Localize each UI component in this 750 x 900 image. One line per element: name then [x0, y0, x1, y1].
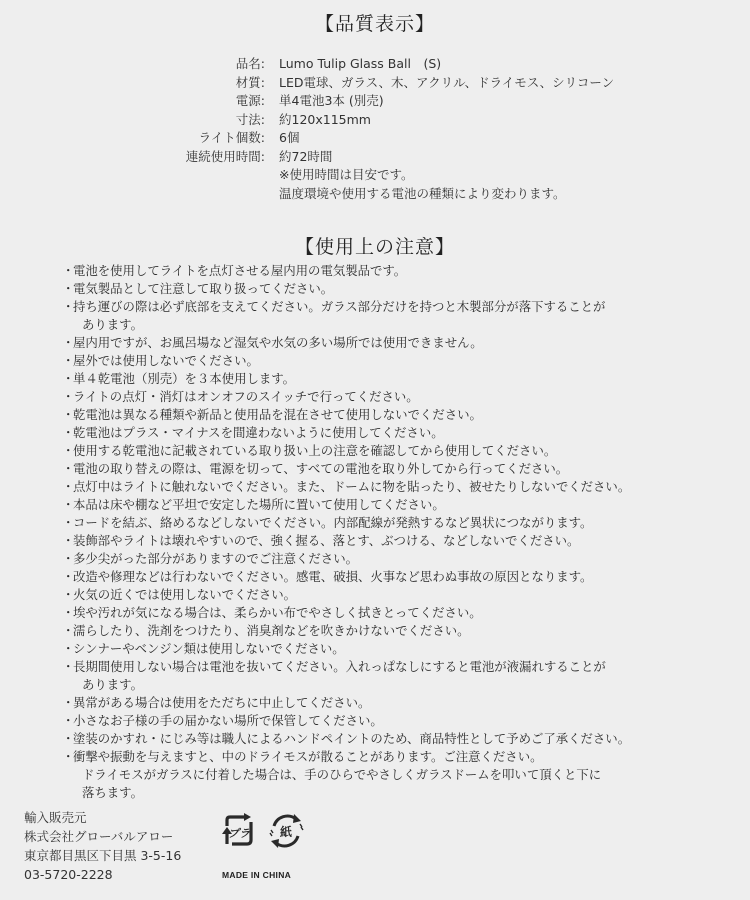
caution-text: 異常がある場合は使用をただちに中止してください。: [73, 695, 370, 710]
spec-row-light-count: ライト個数: 6個: [0, 129, 750, 148]
bullet-marker: ・: [62, 496, 73, 514]
caution-item: ・埃や汚れが気になる場合は、柔らかい布でやさしく拭きとってください。: [62, 604, 750, 622]
caution-text: シンナーやベンジン類は使用しないでください。: [73, 641, 345, 656]
caution-item: ・乾電池は異なる種類や新品と使用品を混在させて使用しないでください。: [62, 406, 750, 424]
caution-item: ・本品は床や棚など平坦で安定した場所に置いて使用してください。: [62, 496, 750, 514]
country-of-origin: MADE IN CHINA: [222, 870, 291, 880]
caution-item: ・濡らしたり、洗剤をつけたり、消臭剤などを吹きかけないでください。: [62, 622, 750, 640]
spec-row-name: 品名: Lumo Tulip Glass Ball (S): [0, 55, 750, 74]
spec-row-power: 電源: 単4電池3本 (別売): [0, 92, 750, 111]
caution-item: ・長期間使用しない場合は電池を抜いてください。入れっぱなしにすると電池が液漏れす…: [62, 658, 750, 694]
caution-item: ・シンナーやベンジン類は使用しないでください。: [62, 640, 750, 658]
importer-phone: 03-5720-2228: [24, 865, 181, 884]
spec-row-note-1: ※使用時間は目安です。: [0, 166, 750, 185]
spec-label: 寸法:: [0, 111, 265, 130]
bullet-marker: ・: [62, 262, 73, 280]
caution-title: 【使用上の注意】: [0, 232, 750, 259]
bullet-marker: ・: [62, 640, 73, 658]
caution-text: 濡らしたり、洗剤をつけたり、消臭剤などを吹きかけないでください。: [73, 623, 470, 638]
caution-text: 長期間使用しない場合は電池を抜いてください。入れっぱなしにすると電池が液漏れする…: [73, 659, 606, 674]
caution-list: ・電池を使用してライトを点灯させる屋内用の電気製品です。・電気製品として注意して…: [62, 262, 750, 802]
caution-text: 持ち運びの際は必ず底部を支えてください。ガラス部分だけを持つと木製部分が落下する…: [73, 299, 605, 314]
caution-text: 乾電池は異なる種類や新品と使用品を混在させて使用しないでください。: [73, 407, 482, 422]
spec-value: 6個: [265, 129, 299, 148]
caution-item: ・小さなお子様の手の届かない場所で保管してください。: [62, 712, 750, 730]
quality-title: 【品質表示】: [0, 9, 750, 36]
caution-item: ・火気の近くでは使用しないでください。: [62, 586, 750, 604]
caution-item: ・改造や修理などは行わないでください。感電、破損、火事など思わぬ事故の原因となり…: [62, 568, 750, 586]
caution-item: ・異常がある場合は使用をただちに中止してください。: [62, 694, 750, 712]
caution-text: 電気製品として注意して取り扱ってください。: [73, 281, 333, 296]
bullet-marker: ・: [62, 694, 73, 712]
caution-text: 電池を使用してライトを点灯させる屋内用の電気製品です。: [73, 263, 406, 278]
caution-text: 衝撃や振動を与えますと、中のドライモスが散ることがあります。ご注意ください。: [73, 749, 542, 764]
spec-row-runtime: 連続使用時間: 約72時間: [0, 148, 750, 167]
bullet-marker: ・: [62, 370, 73, 388]
caution-item: ・電気製品として注意して取り扱ってください。: [62, 280, 750, 298]
bullet-marker: ・: [62, 604, 73, 622]
caution-item: ・コードを結ぶ、絡めるなどしないでください。内部配線が発熱するなど異状につながり…: [62, 514, 750, 532]
spec-label: 連続使用時間:: [0, 148, 265, 167]
caution-text-continued: ドライモスがガラスに付着した場合は、手のひらでやさしくガラスドームを叩いて頂くと…: [62, 766, 750, 784]
spec-label: 材質:: [0, 74, 265, 93]
spec-value: 約72時間: [265, 148, 332, 167]
bullet-marker: ・: [62, 658, 73, 676]
caution-item: ・使用する乾電池に記載されている取り扱い上の注意を確認してから使用してください。: [62, 442, 750, 460]
spec-value: LED電球、ガラス、木、アクリル、ドライモス、シリコーン: [265, 74, 614, 93]
caution-item: ・ライトの点灯・消灯はオンオフのスイッチで行ってください。: [62, 388, 750, 406]
bullet-marker: ・: [62, 388, 73, 406]
caution-item: ・装飾部やライトは壊れやすいので、強く握る、落とす、ぶつける、などしないでくださ…: [62, 532, 750, 550]
caution-text: 本品は床や棚など平坦で安定した場所に置いて使用してください。: [73, 497, 445, 512]
caution-text-continued: 落ちます。: [62, 784, 750, 802]
caution-text: 乾電池はプラス・マイナスを間違わないように使用してください。: [73, 425, 444, 440]
caution-text-continued: あります。: [62, 676, 750, 694]
caution-text: 埃や汚れが気になる場合は、柔らかい布でやさしく拭きとってください。: [73, 605, 482, 620]
bullet-marker: ・: [62, 712, 73, 730]
spec-label: 電源:: [0, 92, 265, 111]
spec-note: ※使用時間は目安です。: [265, 166, 413, 185]
bullet-marker: ・: [62, 352, 73, 370]
bullet-marker: ・: [62, 334, 73, 352]
spec-label: ライト個数:: [0, 129, 265, 148]
caution-item: ・単４乾電池（別売）を３本使用します。: [62, 370, 750, 388]
caution-text: ライトの点灯・消灯はオンオフのスイッチで行ってください。: [73, 389, 419, 404]
spec-table: 品名: Lumo Tulip Glass Ball (S) 材質: LED電球、…: [0, 55, 750, 203]
importer-company: 株式会社グローバルアロー: [24, 827, 181, 846]
spec-row-note-2: 温度環境や使用する電池の種類により変わります。: [0, 185, 750, 204]
spec-row-material: 材質: LED電球、ガラス、木、アクリル、ドライモス、シリコーン: [0, 74, 750, 93]
caution-text: 多少尖がった部分がありますのでご注意ください。: [73, 551, 358, 566]
spec-value: 単4電池3本 (別売): [265, 92, 384, 111]
spec-label: [0, 166, 265, 185]
importer-address: 東京都目黒区下目黒 3-5-16: [24, 846, 181, 865]
bullet-marker: ・: [62, 550, 73, 568]
bullet-marker: ・: [62, 478, 73, 496]
caution-text: 屋外では使用しないでください。: [73, 353, 259, 368]
caution-item: ・屋内用ですが、お風呂場など湿気や水気の多い場所では使用できません。: [62, 334, 750, 352]
caution-item: ・屋外では使用しないでください。: [62, 352, 750, 370]
bullet-marker: ・: [62, 568, 73, 586]
spec-label: 品名:: [0, 55, 265, 74]
bullet-marker: ・: [62, 442, 73, 460]
plastic-recycle-icon: プラ: [218, 812, 258, 850]
bullet-marker: ・: [62, 586, 73, 604]
caution-item: ・塗装のかすれ・にじみ等は職人によるハンドペイントのため、商品特性として予めご了…: [62, 730, 750, 748]
caution-text: 電池の取り替えの際は、電源を切って、すべての電池を取り外してから行ってください。: [73, 461, 568, 476]
spec-label: [0, 185, 265, 204]
paper-recycle-icon: 紙: [266, 812, 306, 850]
caution-text: 装飾部やライトは壊れやすいので、強く握る、落とす、ぶつける、などしないでください…: [73, 533, 579, 548]
importer-role: 輸入販売元: [24, 808, 181, 827]
bullet-marker: ・: [62, 424, 73, 442]
caution-item: ・持ち運びの際は必ず底部を支えてください。ガラス部分だけを持つと木製部分が落下す…: [62, 298, 750, 334]
bullet-marker: ・: [62, 460, 73, 478]
caution-item: ・衝撃や振動を与えますと、中のドライモスが散ることがあります。ご注意ください。ド…: [62, 748, 750, 802]
bullet-marker: ・: [62, 622, 73, 640]
bullet-marker: ・: [62, 514, 73, 532]
caution-text: 単４乾電池（別売）を３本使用します。: [73, 371, 295, 386]
caution-item: ・電池を使用してライトを点灯させる屋内用の電気製品です。: [62, 262, 750, 280]
caution-item: ・点灯中はライトに触れないでください。また、ドームに物を貼ったり、被せたりしない…: [62, 478, 750, 496]
caution-text: 使用する乾電池に記載されている取り扱い上の注意を確認してから使用してください。: [73, 443, 556, 458]
importer-info: 輸入販売元 株式会社グローバルアロー 東京都目黒区下目黒 3-5-16 03-5…: [24, 808, 181, 884]
bullet-marker: ・: [62, 532, 73, 550]
caution-text: 塗装のかすれ・にじみ等は職人によるハンドペイントのため、商品特性として予めご了承…: [73, 731, 630, 746]
bullet-marker: ・: [62, 730, 73, 748]
spec-row-size: 寸法: 約120x115mm: [0, 111, 750, 130]
caution-item: ・多少尖がった部分がありますのでご注意ください。: [62, 550, 750, 568]
spec-value: 約120x115mm: [265, 111, 371, 130]
bullet-marker: ・: [62, 406, 73, 424]
spec-value: Lumo Tulip Glass Ball (S): [265, 55, 441, 74]
svg-text:紙: 紙: [279, 824, 292, 839]
caution-text: コードを結ぶ、絡めるなどしないでください。内部配線が発熱するなど異状につながりま…: [73, 515, 592, 530]
caution-text-continued: あります。: [62, 316, 750, 334]
caution-text: 火気の近くでは使用しないでください。: [73, 587, 296, 602]
recycle-marks: プラ 紙: [218, 812, 306, 850]
caution-item: ・電池の取り替えの際は、電源を切って、すべての電池を取り外してから行ってください…: [62, 460, 750, 478]
caution-text: 屋内用ですが、お風呂場など湿気や水気の多い場所では使用できません。: [73, 335, 483, 350]
bullet-marker: ・: [62, 280, 73, 298]
caution-item: ・乾電池はプラス・マイナスを間違わないように使用してください。: [62, 424, 750, 442]
caution-text: 小さなお子様の手の届かない場所で保管してください。: [73, 713, 383, 728]
bullet-marker: ・: [62, 748, 73, 766]
caution-text: 点灯中はライトに触れないでください。また、ドームに物を貼ったり、被せたりしないで…: [73, 479, 630, 494]
bullet-marker: ・: [62, 298, 73, 316]
svg-text:プラ: プラ: [228, 827, 250, 840]
spec-note: 温度環境や使用する電池の種類により変わります。: [265, 185, 566, 204]
caution-text: 改造や修理などは行わないでください。感電、破損、火事など思わぬ事故の原因となりま…: [73, 569, 592, 584]
